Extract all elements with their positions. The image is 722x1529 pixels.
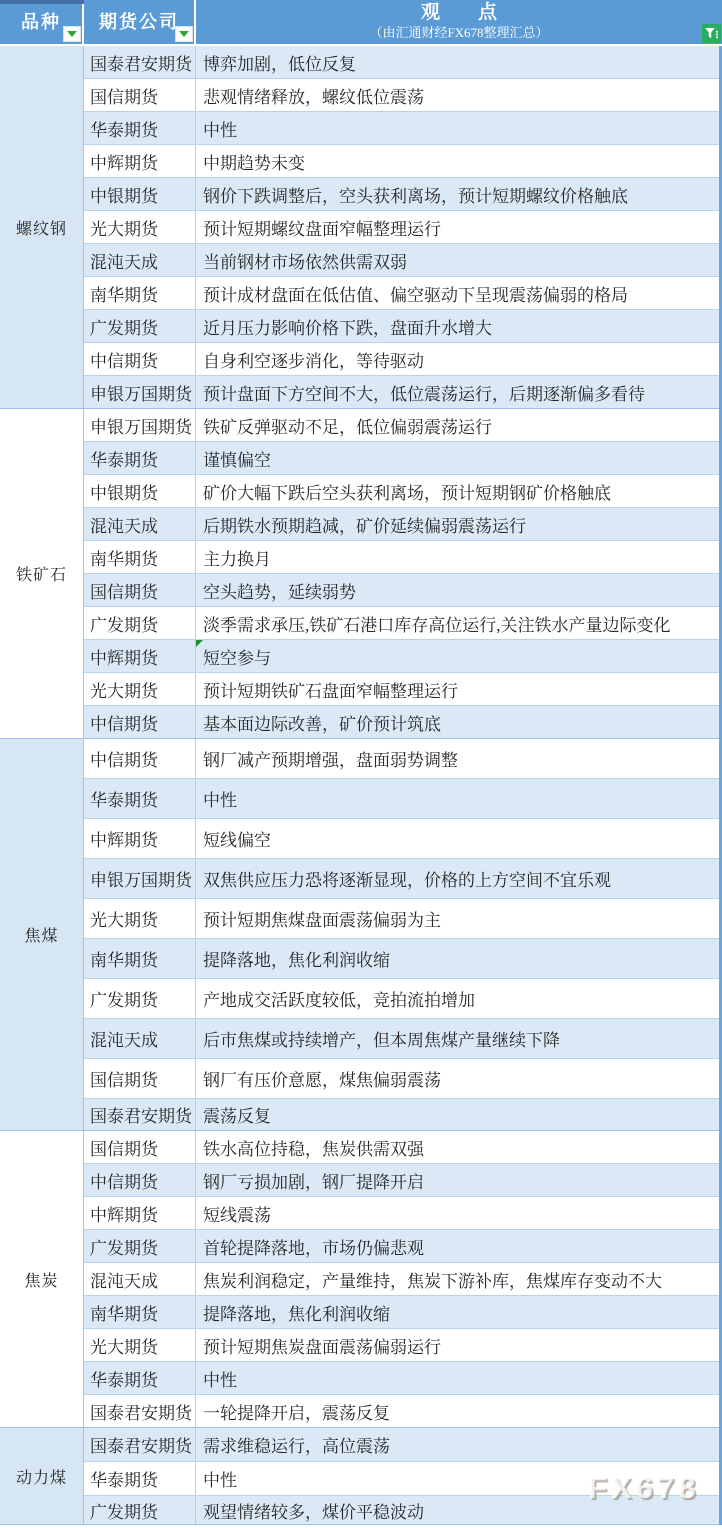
- table-row: 国泰君安期货震荡反复: [84, 1099, 722, 1131]
- viewpoint-cell[interactable]: 焦炭利润稳定，产量维持，焦炭下游补库，焦煤库存变动不大: [196, 1263, 722, 1295]
- viewpoint-cell[interactable]: 后市焦煤或持续增产，但本周焦煤产量继续下降: [196, 1019, 722, 1058]
- table-row: 华泰期货中性: [84, 779, 722, 819]
- viewpoint-cell[interactable]: 一轮提降开启，震荡反复: [196, 1395, 722, 1427]
- header-cell-viewpoint[interactable]: 观 点 （由汇通财经FX678整理汇总）: [196, 0, 722, 44]
- header-subtitle: （由汇通财经FX678整理汇总）: [369, 25, 548, 41]
- viewpoint-cell[interactable]: 主力换月: [196, 541, 722, 573]
- product-cell[interactable]: 铁矿石: [0, 409, 84, 739]
- viewpoint-cell[interactable]: 钢厂减产预期增强，盘面弱势调整: [196, 739, 722, 778]
- company-cell[interactable]: 南华期货: [84, 541, 196, 573]
- dropdown-arrow-icon: [179, 31, 189, 37]
- table-row: 南华期货预计成材盘面在低估值、偏空驱动下呈现震荡偏弱的格局: [84, 277, 722, 310]
- table-row: 国信期货空头趋势，延续弱势: [84, 574, 722, 607]
- company-cell[interactable]: 申银万国期货: [84, 859, 196, 898]
- header-label-viewpoint: 观 点: [421, 3, 497, 24]
- table-row: 中信期货自身利空逐步消化，等待驱动: [84, 343, 722, 376]
- table-row: 华泰期货中性: [84, 1362, 722, 1395]
- viewpoint-cell[interactable]: 铁矿反弹驱动不足，低位偏弱震荡运行: [196, 409, 722, 441]
- company-cell[interactable]: 华泰期货: [84, 112, 196, 144]
- table-row: 华泰期货中性: [84, 112, 722, 145]
- table-row: 光大期货预计短期焦煤盘面震荡偏弱为主: [84, 899, 722, 939]
- table-row: 中信期货钢厂亏损加剧，钢厂提降开启: [84, 1164, 722, 1197]
- viewpoint-cell[interactable]: 提降落地，焦化利润收缩: [196, 939, 722, 978]
- company-cell[interactable]: 国泰君安期货: [84, 1099, 196, 1130]
- section-动力煤: 动力煤国泰君安期货需求维稳运行，高位震荡华泰期货中性广发期货观望情绪较多，煤价平…: [0, 1428, 722, 1525]
- table-row: 国泰君安期货博弈加剧，低位反复: [84, 46, 722, 79]
- viewpoint-cell[interactable]: 钢价下跌调整后，空头获利离场，预计短期螺纹价格触底: [196, 178, 722, 210]
- table-row: 国信期货悲观情绪释放，螺纹低位震荡: [84, 79, 722, 112]
- header-label-company: 期货公司: [99, 13, 179, 31]
- table-row: 国信期货铁水高位持稳，焦炭供需双强: [84, 1131, 722, 1164]
- viewpoint-cell[interactable]: 中性: [196, 112, 722, 144]
- table-row: 广发期货观望情绪较多，煤价平稳波动: [84, 1496, 722, 1525]
- bottom-strip: [0, 1525, 722, 1529]
- viewpoint-cell[interactable]: 中性: [196, 1362, 722, 1394]
- viewpoint-cell[interactable]: 中性: [196, 1462, 722, 1495]
- product-cell[interactable]: 螺纹钢: [0, 46, 84, 409]
- section-rows: 国泰君安期货需求维稳运行，高位震荡华泰期货中性广发期货观望情绪较多，煤价平稳波动: [84, 1428, 722, 1525]
- product-cell[interactable]: 动力煤: [0, 1428, 84, 1525]
- section-焦煤: 焦煤中信期货钢厂减产预期增强，盘面弱势调整华泰期货中性中辉期货短线偏空申银万国期…: [0, 739, 722, 1131]
- viewpoint-cell[interactable]: 提降落地，焦化利润收缩: [196, 1296, 722, 1328]
- table-row: 光大期货预计短期螺纹盘面窄幅整理运行: [84, 211, 722, 244]
- company-cell[interactable]: 南华期货: [84, 1296, 196, 1328]
- company-cell[interactable]: 光大期货: [84, 1329, 196, 1361]
- viewpoint-cell[interactable]: 博弈加剧，低位反复: [196, 46, 722, 78]
- company-cell[interactable]: 申银万国期货: [84, 376, 196, 408]
- viewpoint-cell[interactable]: 悲观情绪释放，螺纹低位震荡: [196, 79, 722, 111]
- funnel-icon: [704, 26, 719, 41]
- table-row: 申银万国期货预计盘面下方空间不大，低位震荡运行，后期逐渐偏多看待: [84, 376, 722, 409]
- company-cell[interactable]: 中辉期货: [84, 640, 196, 672]
- company-cell[interactable]: 国信期货: [84, 1059, 196, 1098]
- company-cell[interactable]: 华泰期货: [84, 1462, 196, 1495]
- viewpoint-cell[interactable]: 淡季需求承压,铁矿石港口库存高位运行,关注铁水产量边际变化: [196, 607, 722, 639]
- company-cell[interactable]: 混沌天成: [84, 508, 196, 540]
- table-row: 中辉期货短线偏空: [84, 819, 722, 859]
- viewpoint-cell[interactable]: 基本面边际改善，矿价预计筑底: [196, 706, 722, 738]
- company-cell[interactable]: 中辉期货: [84, 819, 196, 858]
- table-row: 华泰期货中性: [84, 1462, 722, 1496]
- viewpoint-cell[interactable]: 钢厂亏损加剧，钢厂提降开启: [196, 1164, 722, 1196]
- viewpoint-cell[interactable]: 双焦供应压力恐将逐渐显现，价格的上方空间不宜乐观: [196, 859, 722, 898]
- viewpoint-cell[interactable]: 中性: [196, 779, 722, 818]
- company-cell[interactable]: 南华期货: [84, 939, 196, 978]
- header-cell-variety[interactable]: 品种: [0, 0, 84, 44]
- viewpoint-cell[interactable]: 铁水高位持稳，焦炭供需双强: [196, 1131, 722, 1163]
- viewpoint-cell[interactable]: 中期趋势未变: [196, 145, 722, 177]
- table-row: 广发期货产地成交活跃度较低，竞拍流拍增加: [84, 979, 722, 1019]
- dropdown-arrow-icon: [67, 31, 77, 37]
- table-row: 中辉期货中期趋势未变: [84, 145, 722, 178]
- table-row: 中辉期货短线震荡: [84, 1197, 722, 1230]
- table-row: 国泰君安期货一轮提降开启，震荡反复: [84, 1395, 722, 1428]
- table-row: 中信期货钢厂减产预期增强，盘面弱势调整: [84, 739, 722, 779]
- company-cell[interactable]: 华泰期货: [84, 442, 196, 474]
- viewpoint-cell[interactable]: 当前钢材市场依然供需双弱: [196, 244, 722, 276]
- viewpoint-cell[interactable]: 观望情绪较多，煤价平稳波动: [196, 1496, 722, 1524]
- viewpoint-cell[interactable]: 预计短期焦炭盘面震荡偏弱运行: [196, 1329, 722, 1361]
- table-row: 广发期货首轮提降落地，市场仍偏悲观: [84, 1230, 722, 1263]
- header-cell-company[interactable]: 期货公司: [84, 0, 196, 44]
- cell-flag-marker: [196, 640, 203, 647]
- table-row: 南华期货提降落地，焦化利润收缩: [84, 939, 722, 979]
- product-cell[interactable]: 焦炭: [0, 1131, 84, 1428]
- viewpoint-cell[interactable]: 预计短期螺纹盘面窄幅整理运行: [196, 211, 722, 243]
- viewpoint-cell[interactable]: 需求维稳运行，高位震荡: [196, 1428, 722, 1461]
- company-cell[interactable]: 中信期货: [84, 739, 196, 778]
- table-row: 国泰君安期货需求维稳运行，高位震荡: [84, 1428, 722, 1462]
- table-row: 华泰期货谨慎偏空: [84, 442, 722, 475]
- viewpoint-cell[interactable]: 空头趋势，延续弱势: [196, 574, 722, 606]
- company-cell[interactable]: 中银期货: [84, 178, 196, 210]
- company-cell[interactable]: 国泰君安期货: [84, 1428, 196, 1461]
- viewpoint-cell[interactable]: 首轮提降落地，市场仍偏悲观: [196, 1230, 722, 1262]
- viewpoint-cell[interactable]: 预计短期焦煤盘面震荡偏弱为主: [196, 899, 722, 938]
- company-cell[interactable]: 申银万国期货: [84, 409, 196, 441]
- company-cell[interactable]: 中辉期货: [84, 145, 196, 177]
- corner-strip: [0, 0, 84, 4]
- company-cell[interactable]: 广发期货: [84, 607, 196, 639]
- viewpoint-cell[interactable]: 自身利空逐步消化，等待驱动: [196, 343, 722, 375]
- viewpoint-cell[interactable]: 预计成材盘面在低估值、偏空驱动下呈现震荡偏弱的格局: [196, 277, 722, 309]
- table-row: 中辉期货短空参与: [84, 640, 722, 673]
- viewpoint-cell[interactable]: 钢厂有压价意愿，煤焦偏弱震荡: [196, 1059, 722, 1098]
- company-cell[interactable]: 中信期货: [84, 343, 196, 375]
- header-label-variety: 品种: [21, 13, 61, 31]
- spreadsheet-table: 品种 期货公司 观 点 （由汇通财经FX678整理汇总）: [0, 0, 722, 1529]
- table-row: 混沌天成焦炭利润稳定，产量维持，焦炭下游补库，焦煤库存变动不大: [84, 1263, 722, 1296]
- viewpoint-cell[interactable]: 预计短期铁矿石盘面窄幅整理运行: [196, 673, 722, 705]
- viewpoint-cell[interactable]: 近月压力影响价格下跌，盘面升水增大: [196, 310, 722, 342]
- table-row: 申银万国期货双焦供应压力恐将逐渐显现，价格的上方空间不宜乐观: [84, 859, 722, 899]
- company-cell[interactable]: 混沌天成: [84, 1019, 196, 1058]
- table-row: 光大期货预计短期铁矿石盘面窄幅整理运行: [84, 673, 722, 706]
- company-cell[interactable]: 中银期货: [84, 475, 196, 507]
- filter-funnel-button[interactable]: [702, 24, 721, 43]
- company-cell[interactable]: 国信期货: [84, 79, 196, 111]
- company-cell[interactable]: 南华期货: [84, 277, 196, 309]
- table-row: 南华期货提降落地，焦化利润收缩: [84, 1296, 722, 1329]
- section-rows: 国泰君安期货博弈加剧，低位反复国信期货悲观情绪释放，螺纹低位震荡华泰期货中性中辉…: [84, 46, 722, 409]
- company-cell[interactable]: 国信期货: [84, 574, 196, 606]
- table-row: 混沌天成后期铁水预期趋减，矿价延续偏弱震荡运行: [84, 508, 722, 541]
- company-cell[interactable]: 光大期货: [84, 673, 196, 705]
- company-cell[interactable]: 混沌天成: [84, 244, 196, 276]
- company-cell[interactable]: 光大期货: [84, 211, 196, 243]
- viewpoint-cell[interactable]: 后期铁水预期趋减，矿价延续偏弱震荡运行: [196, 508, 722, 540]
- table-row: 光大期货预计短期焦炭盘面震荡偏弱运行: [84, 1329, 722, 1362]
- company-cell[interactable]: 广发期货: [84, 1496, 196, 1524]
- company-cell[interactable]: 华泰期货: [84, 779, 196, 818]
- viewpoint-cell[interactable]: 短线偏空: [196, 819, 722, 858]
- company-cell[interactable]: 混沌天成: [84, 1263, 196, 1295]
- table-row: 中银期货钢价下跌调整后，空头获利离场，预计短期螺纹价格触底: [84, 178, 722, 211]
- table-row: 南华期货主力换月: [84, 541, 722, 574]
- viewpoint-cell[interactable]: 短空参与: [196, 640, 722, 672]
- table-row: 广发期货淡季需求承压,铁矿石港口库存高位运行,关注铁水产量边际变化: [84, 607, 722, 640]
- table-row: 中银期货矿价大幅下跌后空头获利离场，预计短期钢矿价格触底: [84, 475, 722, 508]
- viewpoint-cell[interactable]: 预计盘面下方空间不大，低位震荡运行，后期逐渐偏多看待: [196, 376, 722, 408]
- section-螺纹钢: 螺纹钢国泰君安期货博弈加剧，低位反复国信期货悲观情绪释放，螺纹低位震荡华泰期货中…: [0, 46, 722, 409]
- section-rows: 中信期货钢厂减产预期增强，盘面弱势调整华泰期货中性中辉期货短线偏空申银万国期货双…: [84, 739, 722, 1131]
- table-row: 国信期货钢厂有压价意愿，煤焦偏弱震荡: [84, 1059, 722, 1099]
- company-cell[interactable]: 国信期货: [84, 1131, 196, 1163]
- table-row: 混沌天成当前钢材市场依然供需双弱: [84, 244, 722, 277]
- table-row: 申银万国期货铁矿反弹驱动不足，低位偏弱震荡运行: [84, 409, 722, 442]
- company-filter-dropdown[interactable]: [175, 26, 193, 42]
- viewpoint-cell[interactable]: 短线震荡: [196, 1197, 722, 1229]
- section-焦炭: 焦炭国信期货铁水高位持稳，焦炭供需双强中信期货钢厂亏损加剧，钢厂提降开启中辉期货…: [0, 1131, 722, 1428]
- header-row: 品种 期货公司 观 点 （由汇通财经FX678整理汇总）: [0, 0, 722, 46]
- company-cell[interactable]: 国泰君安期货: [84, 1395, 196, 1427]
- viewpoint-cell[interactable]: 矿价大幅下跌后空头获利离场，预计短期钢矿价格触底: [196, 475, 722, 507]
- section-rows: 申银万国期货铁矿反弹驱动不足，低位偏弱震荡运行华泰期货谨慎偏空中银期货矿价大幅下…: [84, 409, 722, 739]
- table-row: 广发期货近月压力影响价格下跌，盘面升水增大: [84, 310, 722, 343]
- table-body: 螺纹钢国泰君安期货博弈加剧，低位反复国信期货悲观情绪释放，螺纹低位震荡华泰期货中…: [0, 46, 722, 1525]
- table-row: 中信期货基本面边际改善，矿价预计筑底: [84, 706, 722, 739]
- viewpoint-cell[interactable]: 产地成交活跃度较低，竞拍流拍增加: [196, 979, 722, 1018]
- section-铁矿石: 铁矿石申银万国期货铁矿反弹驱动不足，低位偏弱震荡运行华泰期货谨慎偏空中银期货矿价…: [0, 409, 722, 739]
- viewpoint-cell[interactable]: 谨慎偏空: [196, 442, 722, 474]
- company-cell[interactable]: 国泰君安期货: [84, 46, 196, 78]
- company-cell[interactable]: 华泰期货: [84, 1362, 196, 1394]
- table-row: 混沌天成后市焦煤或持续增产，但本周焦煤产量继续下降: [84, 1019, 722, 1059]
- company-cell[interactable]: 广发期货: [84, 1230, 196, 1262]
- variety-filter-dropdown[interactable]: [63, 26, 81, 42]
- company-cell[interactable]: 中信期货: [84, 1164, 196, 1196]
- company-cell[interactable]: 中辉期货: [84, 1197, 196, 1229]
- company-cell[interactable]: 广发期货: [84, 979, 196, 1018]
- company-cell[interactable]: 光大期货: [84, 899, 196, 938]
- section-rows: 国信期货铁水高位持稳，焦炭供需双强中信期货钢厂亏损加剧，钢厂提降开启中辉期货短线…: [84, 1131, 722, 1428]
- company-cell[interactable]: 中信期货: [84, 706, 196, 738]
- company-cell[interactable]: 广发期货: [84, 310, 196, 342]
- viewpoint-cell[interactable]: 震荡反复: [196, 1099, 722, 1130]
- product-cell[interactable]: 焦煤: [0, 739, 84, 1131]
